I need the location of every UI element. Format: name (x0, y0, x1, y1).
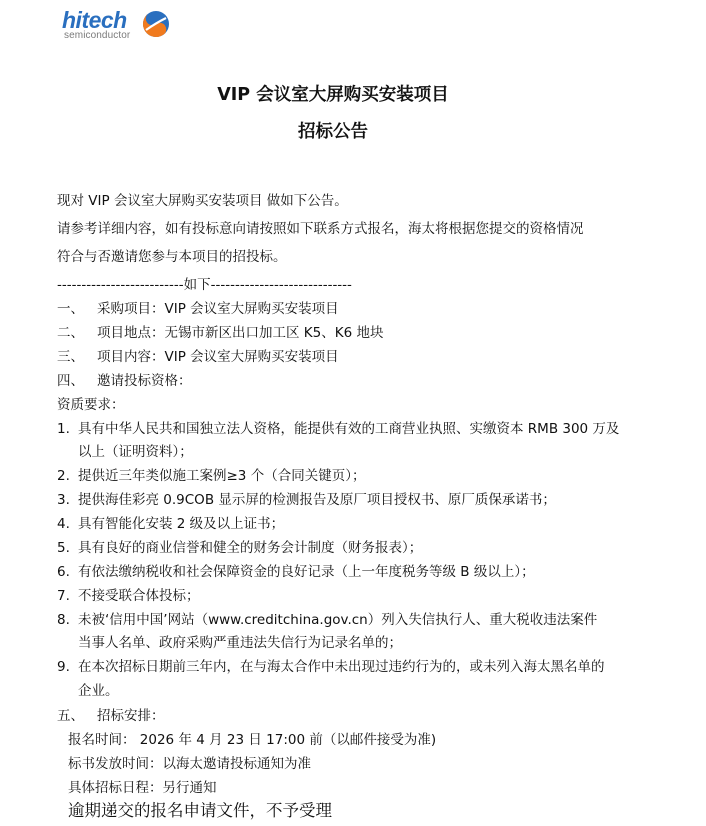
section-item: 四、邀请投标资格： (57, 372, 192, 390)
qualification-item: 9.在本次招标日期前三年内，在与海太合作中未出现过违约行为的，或未列入海太黑名单… (57, 658, 605, 676)
section-number: 五、 (57, 707, 97, 725)
qualification-item: 4.具有智能化安装 2 级及以上证书； (57, 515, 284, 533)
document-title: VIP 会议室大屏购买安装项目 (0, 84, 686, 106)
schedule-item-timeline: 具体招标日程：另行通知 (68, 779, 217, 797)
logo-sub-text: semiconductor (64, 30, 130, 41)
qualification-index: 8. (57, 611, 78, 629)
qualification-text: 在本次招标日期前三年内，在与海太合作中未出现过违约行为的，或未列入海太黑名单的 (78, 659, 605, 675)
intro-line-2: 请参考详细内容，如有投标意向请按照如下联系方式报名，海太将根据您提交的资格情况 (57, 220, 584, 238)
late-submission-notice: 逾期递交的报名申请文件，不予受理 (68, 800, 332, 822)
qualification-index: 4. (57, 515, 78, 533)
logo-yin-yang-icon (142, 10, 170, 38)
qualification-text: 具有智能化安装 2 级及以上证书； (78, 516, 284, 532)
section-item: 三、项目内容：VIP 会议室大屏购买安装项目 (57, 348, 339, 366)
section-text: 采购项目：VIP 会议室大屏购买安装项目 (97, 301, 339, 317)
qualification-text: 提供海佳彩亮 0.9COB 显示屏的检测报告及原厂项目授权书、原厂质保承诺书； (78, 492, 556, 508)
qualifications-label: 资质要求： (57, 396, 125, 414)
section-number: 一、 (57, 300, 97, 318)
qualification-continuation: 以上（证明资料）； (78, 443, 193, 461)
section-text: 项目内容：VIP 会议室大屏购买安装项目 (97, 349, 339, 365)
intro-line-3: 符合与否邀请您参与本项目的招投标。 (57, 248, 287, 266)
qualification-item: 7.不接受联合体投标； (57, 587, 200, 605)
company-logo: hitech semiconductor (60, 8, 180, 44)
qualification-item: 2.提供近三年类似施工案例≥3 个（合同关键页）； (57, 467, 365, 485)
qualification-continuation: 当事人名单、政府采购严重违法失信行为记录名单的； (78, 634, 402, 652)
qualification-text: 未被‘信用中国’网站（www.creditchina.gov.cn）列入失信执行… (78, 612, 597, 628)
section-text: 邀请投标资格： (97, 373, 192, 389)
qualification-text: 有依法缴纳税收和社会保障资金的良好记录（上一年度税务等级 B 级以上）； (78, 564, 535, 580)
qualification-text: 具有良好的商业信誉和健全的财务会计制度（财务报表）； (78, 540, 422, 556)
schedule-item-registration: 报名时间： 2026 年 4 月 23 日 17:00 前（以邮件接受为准) (68, 731, 436, 749)
qualification-index: 3. (57, 491, 78, 509)
qualification-index: 1. (57, 420, 78, 438)
qualification-text: 提供近三年类似施工案例≥3 个（合同关键页）； (78, 468, 365, 484)
section-item: 二、项目地点：无锡市新区出口加工区 K5、K6 地块 (57, 324, 383, 342)
qualification-index: 5. (57, 539, 78, 557)
schedule-label: 招标安排： (97, 708, 165, 724)
qualification-item: 5.具有良好的商业信誉和健全的财务会计制度（财务报表）； (57, 539, 422, 557)
section-divider: --------------------------如下------------… (57, 276, 352, 294)
qualification-text: 不接受联合体投标； (78, 588, 200, 604)
section-number: 四、 (57, 372, 97, 390)
qualification-index: 2. (57, 467, 78, 485)
section-number: 二、 (57, 324, 97, 342)
qualification-item: 3.提供海佳彩亮 0.9COB 显示屏的检测报告及原厂项目授权书、原厂质保承诺书… (57, 491, 556, 509)
qualification-item: 6.有依法缴纳税收和社会保障资金的良好记录（上一年度税务等级 B 级以上）； (57, 563, 535, 581)
qualification-index: 6. (57, 563, 78, 581)
logo-brand-text: hitech (62, 8, 127, 32)
qualification-index: 9. (57, 658, 78, 676)
section-number: 三、 (57, 348, 97, 366)
section-text: 项目地点：无锡市新区出口加工区 K5、K6 地块 (97, 325, 383, 341)
qualification-index: 7. (57, 587, 78, 605)
schedule-heading: 五、招标安排： (57, 707, 165, 725)
qualification-item: 8.未被‘信用中国’网站（www.creditchina.gov.cn）列入失信… (57, 611, 597, 629)
document-subtitle: 招标公告 (0, 121, 686, 143)
intro-line-1: 现对 VIP 会议室大屏购买安装项目 做如下公告。 (57, 192, 348, 210)
qualification-continuation: 企业。 (78, 682, 119, 700)
qualification-item: 1.具有中华人民共和国独立法人资格，能提供有效的工商营业执照、实缴资本 RMB … (57, 420, 619, 438)
schedule-item-distribution: 标书发放时间：以海太邀请投标通知为准 (68, 755, 311, 773)
qualification-text: 具有中华人民共和国独立法人资格，能提供有效的工商营业执照、实缴资本 RMB 30… (78, 421, 619, 437)
section-item: 一、采购项目：VIP 会议室大屏购买安装项目 (57, 300, 339, 318)
